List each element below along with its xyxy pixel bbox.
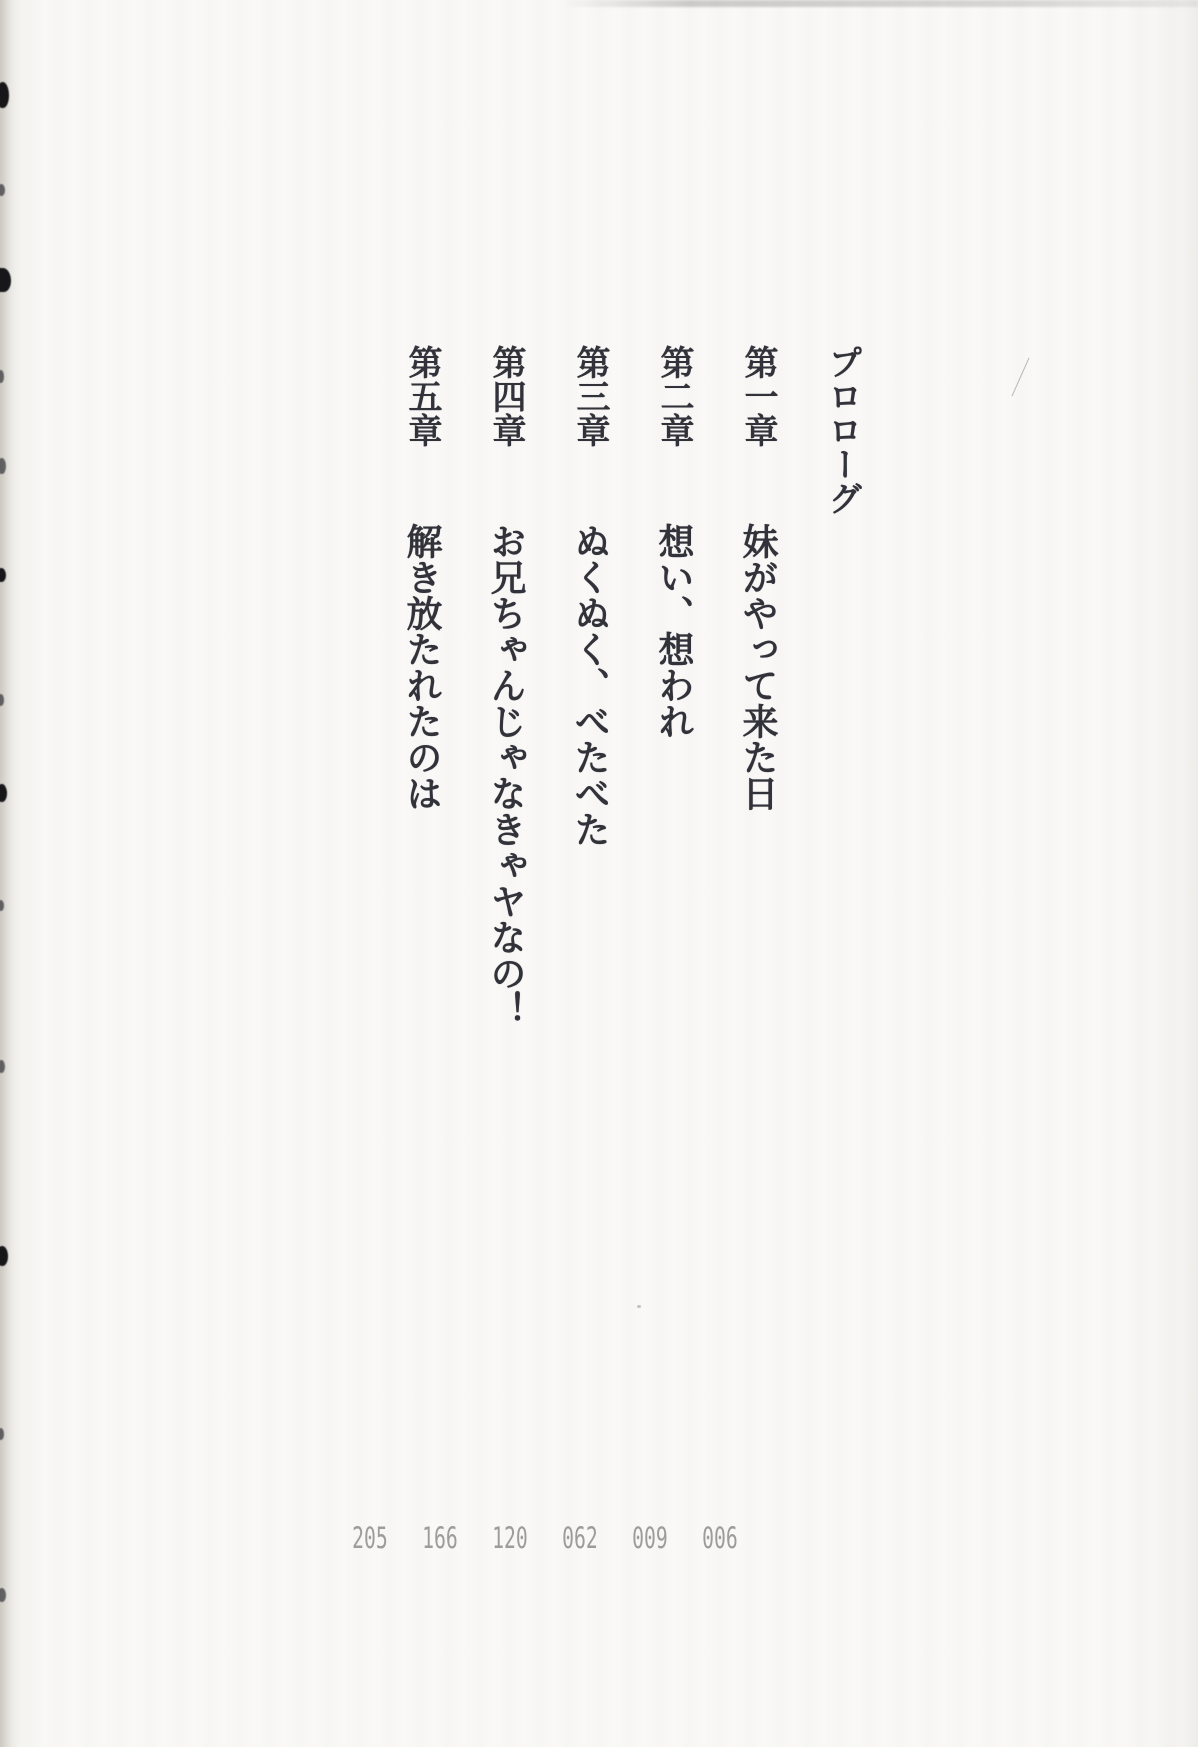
scan-top-smudge <box>560 0 1198 7</box>
toc-entry-label: 第四章 <box>484 345 527 523</box>
toc-entry-label: 第三章 <box>568 345 611 523</box>
page-number: 006 <box>696 1521 744 1555</box>
page-number: 205 <box>346 1521 394 1555</box>
toc-entry-label: 第一章 <box>736 345 779 523</box>
scan-speck <box>637 1305 641 1308</box>
table-of-contents: プロローグ 第一章妹がやって来た日 第二章想い、想われ 第三章ぬくぬく、べたべた… <box>400 345 864 1027</box>
toc-entry-label: 第二章 <box>652 345 695 523</box>
page-number: 062 <box>556 1521 604 1555</box>
toc-entry-title: お兄ちゃんじゃなきゃヤなの！ <box>485 523 527 1027</box>
toc-entry-chapter1: 第一章妹がやって来た日 <box>736 345 780 1027</box>
page-number-row: 205 166 120 062 009 006 <box>335 1521 755 1555</box>
toc-entry-chapter2: 第二章想い、想われ <box>652 345 696 1027</box>
page-number: 166 <box>416 1521 464 1555</box>
scan-scratch <box>1012 358 1030 397</box>
toc-entry-chapter5: 第五章解き放たれたのは <box>400 345 444 1027</box>
page-number: 009 <box>626 1521 674 1555</box>
binding-shadow <box>0 0 20 1747</box>
toc-entry-title: 想い、想われ <box>653 523 695 739</box>
toc-entry-chapter3: 第三章ぬくぬく、べたべた <box>568 345 612 1027</box>
toc-entry-label: 第五章 <box>400 345 443 523</box>
toc-entry-title: 妹がやって来た日 <box>737 523 779 811</box>
toc-entry-chapter4: 第四章お兄ちゃんじゃなきゃヤなの！ <box>484 345 528 1027</box>
toc-entry-label: プロローグ <box>820 345 863 523</box>
page-number: 120 <box>486 1521 534 1555</box>
toc-entry-prologue: プロローグ <box>820 345 864 1027</box>
toc-entry-title: ぬくぬく、べたべた <box>569 523 611 847</box>
toc-entry-title: 解き放たれたのは <box>401 523 443 811</box>
